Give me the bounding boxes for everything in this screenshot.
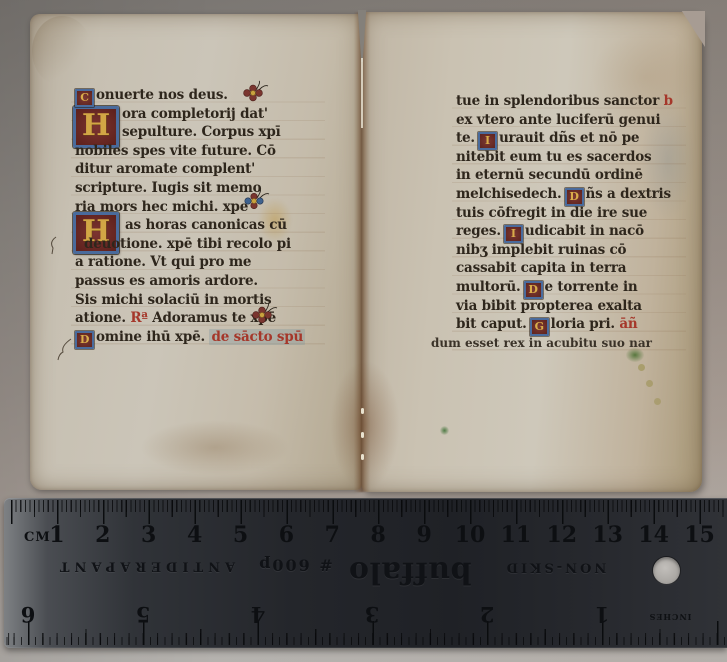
left-text-block: H H Conuerte nos deus. ora completorij d… [75, 86, 325, 346]
manuscript-line: bit caput.Gloria pri. āñ [456, 315, 686, 334]
line-text: via bibit propterea exalta [456, 298, 642, 314]
manuscript-line: passus es amoris ardore. [75, 272, 325, 291]
ruler-cm-scale: CM 123456789101112131415 [4, 498, 727, 548]
line-text: ora completorij dat' [122, 106, 268, 122]
line-text: tue in splendoribus sanctor [456, 93, 664, 109]
line-text: nibʒ implebit ruinas cō [456, 242, 626, 258]
line-text: bit caput. [456, 316, 527, 332]
line-text: te. [456, 130, 475, 146]
line-text: melchisedech. [456, 186, 562, 202]
line-text: tuis cōfregit in die ire sue [456, 205, 647, 221]
manuscript-line: scripture. Iugis sit memo [75, 179, 325, 198]
manuscript-line: sepulture. Corpus xpī [75, 123, 325, 142]
line-text: atione. [75, 310, 130, 326]
cm-number: 1 [49, 522, 64, 548]
cm-number: 11 [501, 522, 532, 548]
ruler-middle-band: ANTIDERAPANT # 600p buffalo NON-SKID [4, 548, 727, 598]
rubric-text: āñ [619, 316, 637, 332]
hanging-hole [653, 557, 680, 584]
line-text: Sis michi solaciū in mortis [75, 292, 271, 308]
cm-unit-label: CM [24, 530, 51, 545]
manuscript-line: deuotione. xpē tibi recolo pi [75, 235, 325, 254]
manuscript-line: te.Iurauit dñs et nō pe [456, 129, 686, 148]
manuscript-line: melchisedech.Dñs a dextris [456, 185, 686, 204]
line-text: deuotione. xpē tibi recolo pi [84, 236, 291, 252]
line-text: e torrente in [545, 279, 638, 295]
cm-number: 6 [279, 522, 294, 548]
ruler-inch-scale: INCHES 123456 [4, 598, 727, 648]
line-text: nobiles spes vite future. Cō [75, 143, 276, 159]
line-text: as horas canonicas cū [125, 217, 287, 233]
line-text: cassabit capita in terra [456, 260, 626, 276]
right-text-block: tue in splendoribus sanctor b ex vtero a… [456, 92, 686, 352]
inch-number: 1 [595, 602, 610, 627]
manuscript-bifolium: H H Conuerte nos deus. ora completorij d… [30, 12, 702, 492]
manuscript-line: nobiles spes vite future. Cō [75, 142, 325, 161]
line-text: udicabit in nacō [525, 223, 644, 239]
line-text: ria mors hec michi. xpe [75, 199, 248, 215]
line-text: scripture. Iugis sit memo [75, 180, 261, 196]
cm-number: 2 [95, 522, 110, 548]
line-text: ex vtero ante luciferū genui [456, 112, 660, 128]
inch-number: 2 [480, 602, 495, 627]
cm-number: 5 [233, 522, 248, 548]
rubric-text: de sācto spū [209, 329, 305, 345]
manuscript-line: Domine ihū xpē. de sācto spū [75, 328, 325, 347]
inch-number: 3 [365, 602, 380, 627]
line-text: dum esset rex in acubitu suo nar [431, 336, 652, 350]
rubric-text: b [664, 93, 673, 109]
manuscript-line: dum esset rex in acubitu suo nar [431, 334, 686, 353]
manuscript-line: nitebit eum tu es sacerdos [456, 148, 686, 167]
cm-number: 10 [455, 522, 486, 548]
cm-number: 14 [638, 522, 669, 548]
manuscript-line: tue in splendoribus sanctor b [456, 92, 686, 111]
manuscript-line: ex vtero ante luciferū genui [456, 111, 686, 130]
manuscript-line: a ratione. Vt qui pro me [75, 253, 325, 272]
manuscript-line: cassabit capita in terra [456, 259, 686, 278]
pen-flourish [48, 236, 60, 256]
line-text: multorū. [456, 279, 521, 295]
illuminated-initial: D [75, 331, 94, 349]
steel-ruler: CM 123456789101112131415 ANTIDERAPANT # … [4, 498, 727, 648]
line-text: reges. [456, 223, 501, 239]
manuscript-line: Sis michi solaciū in mortis [75, 291, 325, 310]
manuscript-line: atione. Rª Adoramus te xpē [75, 309, 325, 328]
cm-number: 3 [141, 522, 156, 548]
inches-unit-label: INCHES [649, 612, 692, 622]
cm-number: 13 [592, 522, 623, 548]
manuscript-line: reges.Iudicabit in nacō [456, 222, 686, 241]
line-text: a ratione. Vt qui pro me [75, 254, 251, 270]
cm-number: 7 [325, 522, 340, 548]
line-text: nitebit eum tu es sacerdos [456, 149, 651, 165]
manuscript-line: Conuerte nos deus. [75, 86, 325, 105]
line-text: ñs a dextris [586, 186, 671, 202]
sewing-stitch [361, 454, 364, 460]
cm-number: 15 [684, 522, 715, 548]
manuscript-line: ria mors hec michi. xpe [75, 198, 325, 217]
manuscript-line: via bibit propterea exalta [456, 297, 686, 316]
line-text: ditur aromate complent' [75, 161, 255, 177]
line-text: loria pri. [551, 316, 620, 332]
model-number-marking: # 600p [257, 556, 333, 575]
non-skid-marking: NON-SKID [504, 560, 607, 575]
line-text: in eternū secundū ordinē [456, 167, 643, 183]
rubric-text: Rª [130, 310, 147, 326]
line-text: urauit dñs et nō pe [499, 130, 639, 146]
manuscript-line: as horas canonicas cū [75, 216, 325, 235]
inch-number: 5 [135, 602, 150, 627]
inch-number: 6 [21, 602, 36, 627]
cm-number: 12 [546, 522, 577, 548]
pen-flourish [57, 338, 73, 362]
manuscript-line: multorū.De torrente in [456, 278, 686, 297]
manuscript-line: nibʒ implebit ruinas cō [456, 241, 686, 260]
cm-number: 9 [416, 522, 431, 548]
brand-marking: buffalo [349, 555, 472, 590]
flower-ornament-icon [238, 188, 270, 214]
manuscript-line: ora completorij dat' [75, 105, 325, 124]
cm-number: 8 [371, 522, 386, 548]
inch-number: 4 [250, 602, 265, 627]
cm-number: 4 [187, 522, 202, 548]
line-text: omine ihū xpē. [96, 329, 209, 345]
fold-slit [361, 58, 363, 128]
line-text: sepulture. Corpus xpī [122, 124, 281, 140]
flower-ornament-icon [237, 80, 269, 106]
manuscript-line: in eternū secundū ordinē [456, 166, 686, 185]
sewing-stitch [361, 408, 364, 414]
antiderapant-marking: ANTIDERAPANT [55, 559, 235, 574]
photo-scene: H H Conuerte nos deus. ora completorij d… [0, 0, 727, 662]
flower-ornament-icon [246, 302, 278, 328]
manuscript-line: tuis cōfregit in die ire sue [456, 204, 686, 223]
line-text: onuerte nos deus. [96, 87, 228, 103]
cm-ticks [11, 500, 727, 524]
sewing-stitch [361, 432, 364, 438]
line-text: passus es amoris ardore. [75, 273, 258, 289]
manuscript-line: ditur aromate complent' [75, 160, 325, 179]
